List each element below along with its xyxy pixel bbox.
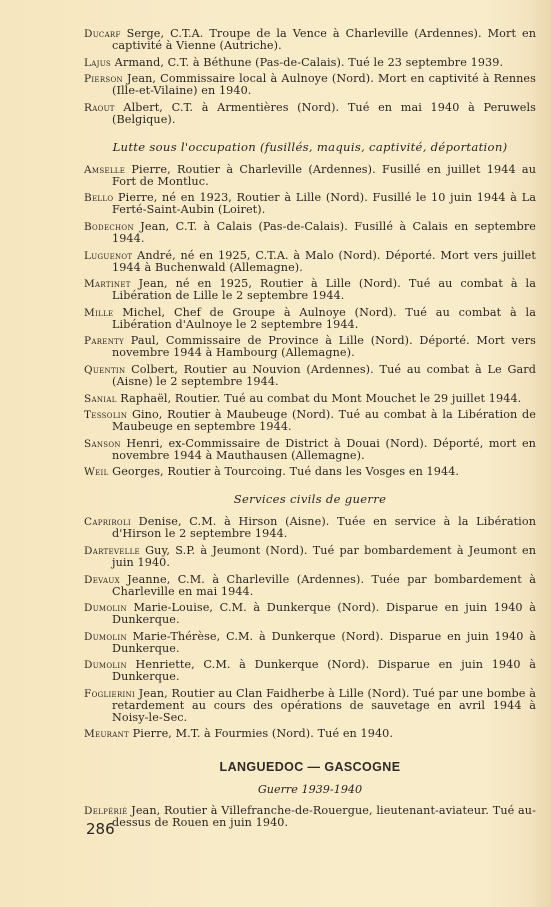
entry-text: Pierre, M.T. à Fourmies (Nord). Tué en 1… [129,727,393,740]
entry-surname: Meurant [84,728,129,740]
entry-text: Albert, C.T. à Armentières (Nord). Tué e… [112,101,536,126]
entry: Raout Albert, C.T. à Armentières (Nord).… [84,102,536,126]
entry-text: Colbert, Routier au Nouvion (Ardennes). … [112,363,536,388]
entry-text: Jeanne, C.M. à Charleville (Ardennes). T… [112,573,536,598]
entry: Mille Michel, Chef de Groupe à Aulnoye (… [84,307,536,331]
entry: Devaux Jeanne, C.M. à Charleville (Arden… [84,574,536,598]
entry-text: Michel, Chef de Groupe à Aulnoye (Nord).… [112,306,536,331]
region-title: LANGUEDOC — GASCOGNE [84,760,536,774]
entry: Parenty Paul, Commissaire de Province à … [84,335,536,359]
entry-text: Jean, Commissaire local à Aulnoye (Nord)… [112,72,536,97]
entry: Sanial Raphaël, Routier. Tué au combat d… [84,393,536,405]
entry-text: Marie-Louise, C.M. à Dunkerque (Nord). D… [112,601,536,626]
region-subtitle: Guerre 1939-1940 [84,783,536,796]
entry-text: Henri, ex-Commissaire de District à Doua… [112,437,536,462]
entry-surname: Lajus [84,57,111,69]
entry: Delpérié Jean, Routier à Villefranche-de… [84,805,536,829]
entry: Dumolin Marie-Thérèse, C.M. à Dunkerque … [84,631,536,655]
entry: Dumolin Marie-Louise, C.M. à Dunkerque (… [84,602,536,626]
page-content: Ducarf Serge, C.T.A. Troupe de la Vence … [84,28,536,834]
entries-civil: Capriroli Denise, C.M. à Hirson (Aisne).… [84,516,536,740]
entry-text: Pierre, né en 1923, Routier à Lille (Nor… [112,191,536,216]
entry: Sanson Henri, ex-Commissaire de District… [84,438,536,462]
entry-text: Pierre, Routier à Charleville (Ardennes)… [112,163,536,188]
entry: Amselle Pierre, Routier à Charleville (A… [84,164,536,188]
entry: Tessolin Gino, Routier à Maubeuge (Nord)… [84,409,536,433]
entry-surname: Sanial [84,393,117,405]
entry: Dartevelle Guy, S.P. à Jeumont (Nord). T… [84,545,536,569]
entries-top: Ducarf Serge, C.T.A. Troupe de la Vence … [84,28,536,126]
section-title-occupation: Lutte sous l'occupation (fusillés, maqui… [84,140,536,154]
entry-text: Serge, C.T.A. Troupe de la Vence à Charl… [112,27,536,52]
entry-text: Denise, C.M. à Hirson (Aisne). Tuée en s… [112,515,536,540]
entry: Capriroli Denise, C.M. à Hirson (Aisne).… [84,516,536,540]
entries-occupation: Amselle Pierre, Routier à Charleville (A… [84,164,536,479]
entry: Quentin Colbert, Routier au Nouvion (Ard… [84,364,536,388]
entry: Bodechon Jean, C.T. à Calais (Pas-de-Cal… [84,221,536,245]
entry-text: Georges, Routier à Tourcoing. Tué dans l… [109,465,460,478]
entry: Martinet Jean, né en 1925, Routier à Lil… [84,278,536,302]
entry: Bello Pierre, né en 1923, Routier à Lill… [84,192,536,216]
entries-region: Delpérié Jean, Routier à Villefranche-de… [84,805,536,829]
entry-text: Jean, C.T. à Calais (Pas-de-Calais). Fus… [112,220,536,245]
entry: Ducarf Serge, C.T.A. Troupe de la Vence … [84,28,536,52]
entry-text: Raphaël, Routier. Tué au combat du Mont … [117,392,522,405]
entry: Weil Georges, Routier à Tourcoing. Tué d… [84,466,536,478]
page-number: 286 [86,820,115,838]
entry-text: Henriette, C.M. à Dunkerque (Nord). Disp… [112,658,536,683]
entry: Luguenot André, né en 1925, C.T.A. à Mal… [84,250,536,274]
entry: Dumolin Henriette, C.M. à Dunkerque (Nor… [84,659,536,683]
entry-text: Marie-Thérèse, C.M. à Dunkerque (Nord). … [112,630,536,655]
entry-text: Jean, Routier au Clan Faidherbe à Lille … [112,687,536,724]
entry-text: Paul, Commissaire de Province à Lille (N… [112,334,536,359]
entry-surname: Bello [84,192,113,204]
entry-text: Armand, C.T. à Béthune (Pas-de-Calais). … [111,56,503,69]
entry: Lajus Armand, C.T. à Béthune (Pas-de-Cal… [84,57,536,69]
entry-text: Jean, Routier à Villefranche-de-Rouergue… [112,804,536,829]
entry-text: André, né en 1925, C.T.A. à Malo (Nord).… [112,249,536,274]
entry: Meurant Pierre, M.T. à Fourmies (Nord). … [84,728,536,740]
entry: Foglierini Jean, Routier au Clan Faidher… [84,688,536,724]
entry-surname: Mille [84,307,113,319]
entry-surname: Weil [84,466,109,478]
entry-text: Guy, S.P. à Jeumont (Nord). Tué par bomb… [112,544,536,569]
entry-surname: Raout [84,102,115,114]
entry: Pierson Jean, Commissaire local à Aulnoy… [84,73,536,97]
entry-text: Jean, né en 1925, Routier à Lille (Nord)… [112,277,536,302]
section-title-civil: Services civils de guerre [84,492,536,506]
entry-text: Gino, Routier à Maubeuge (Nord). Tué au … [112,408,536,433]
